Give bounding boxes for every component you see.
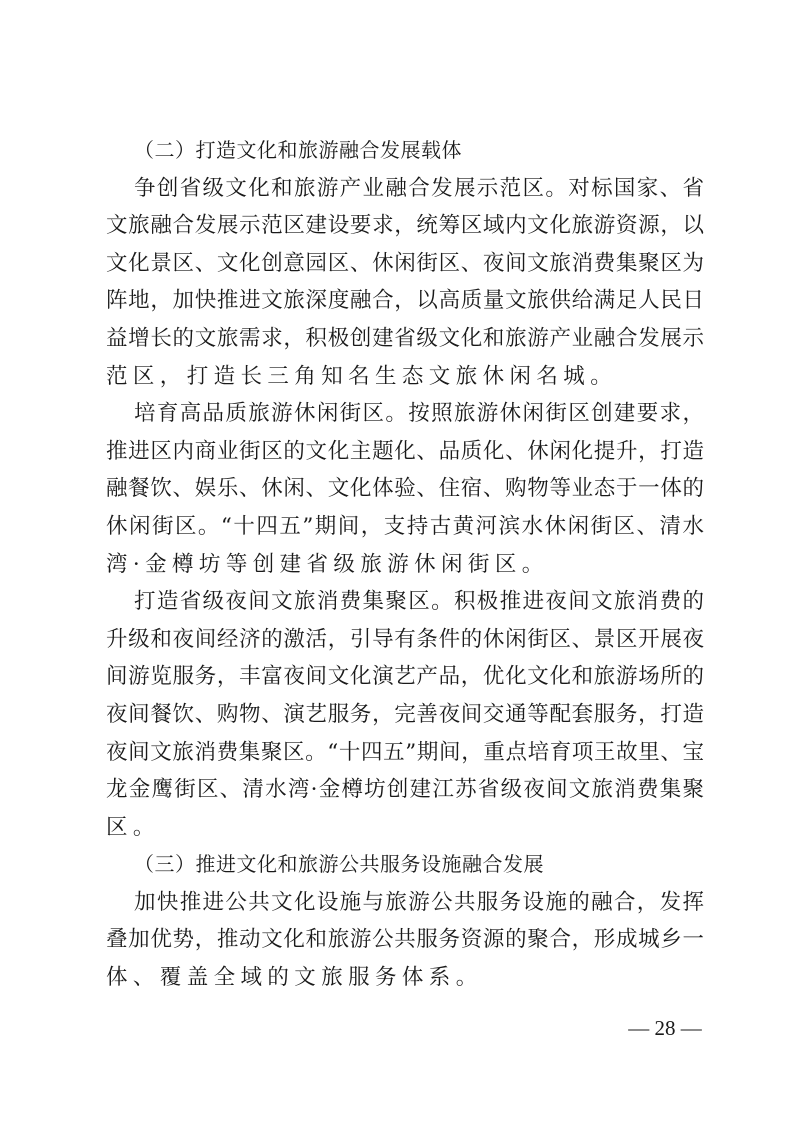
- page-number: — 28 —: [620, 1016, 710, 1041]
- paragraph-line: 推进区内商业街区的文化主题化、品质化、休闲化提升，打造: [106, 433, 704, 471]
- paragraph-line: 争创省级文化和旅游产业融合发展示范区。对标国家、省: [106, 170, 704, 208]
- paragraph-leisure-street: 培育高品质旅游休闲街区。按照旅游休闲街区创建要求， 推进区内商业街区的文化主题化…: [106, 395, 704, 583]
- paragraph-line: 阵地，加快推进文旅深度融合，以高质量文旅供给满足人民日: [106, 282, 704, 320]
- paragraph-line: 打造省级夜间文旅消费集聚区。积极推进夜间文旅消费的: [106, 583, 704, 621]
- section-heading-2: （二）打造文化和旅游融合发展载体: [106, 132, 704, 170]
- paragraph-line: 龙金鹰街区、清水湾·金樽坊创建江苏省级夜间文旅消费集聚: [106, 771, 704, 809]
- paragraph-line: 夜间文旅消费集聚区。“十四五”期间，重点培育项王故里、宝: [106, 734, 704, 772]
- paragraph-line: 培育高品质旅游休闲街区。按照旅游休闲街区创建要求，: [106, 395, 704, 433]
- paragraph-line: 休闲街区。“十四五”期间，支持古黄河滨水休闲街区、清水: [106, 508, 704, 546]
- paragraph-public-service: 加快推进公共文化设施与旅游公共服务设施的融合，发挥 叠加优势，推动文化和旅游公共…: [106, 884, 704, 997]
- paragraph-line: 区。: [106, 809, 704, 847]
- paragraph-line: 体、覆盖全域的文旅服务体系。: [106, 959, 704, 997]
- section-heading-3: （三）推进文化和旅游公共服务设施融合发展: [106, 846, 704, 884]
- document-page: （二）打造文化和旅游融合发展载体 争创省级文化和旅游产业融合发展示范区。对标国家…: [106, 132, 704, 997]
- paragraph-line: 加快推进公共文化设施与旅游公共服务设施的融合，发挥: [106, 884, 704, 922]
- paragraph-line: 文旅融合发展示范区建设要求，统筹区域内文化旅游资源，以: [106, 207, 704, 245]
- paragraph-line: 叠加优势，推动文化和旅游公共服务资源的聚合，形成城乡一: [106, 921, 704, 959]
- paragraph-line: 间游览服务，丰富夜间文化演艺产品，优化文化和旅游场所的: [106, 658, 704, 696]
- paragraph-line: 夜间餐饮、购物、演艺服务，完善夜间交通等配套服务，打造: [106, 696, 704, 734]
- paragraph-line: 湾·金樽坊等创建省级旅游休闲街区。: [106, 546, 704, 584]
- paragraph-line: 益增长的文旅需求，积极创建省级文化和旅游产业融合发展示: [106, 320, 704, 358]
- paragraph-line: 融餐饮、娱乐、休闲、文化体验、住宿、购物等业态于一体的: [106, 470, 704, 508]
- paragraph-demonstration-zone: 争创省级文化和旅游产业融合发展示范区。对标国家、省 文旅融合发展示范区建设要求，…: [106, 170, 704, 396]
- paragraph-night-consumption: 打造省级夜间文旅消费集聚区。积极推进夜间文旅消费的 升级和夜间经济的激活，引导有…: [106, 583, 704, 846]
- paragraph-line: 升级和夜间经济的激活，引导有条件的休闲街区、景区开展夜: [106, 621, 704, 659]
- paragraph-line: 文化景区、文化创意园区、休闲街区、夜间文旅消费集聚区为: [106, 245, 704, 283]
- paragraph-line: 范区，打造长三角知名生态文旅休闲名城。: [106, 358, 704, 396]
